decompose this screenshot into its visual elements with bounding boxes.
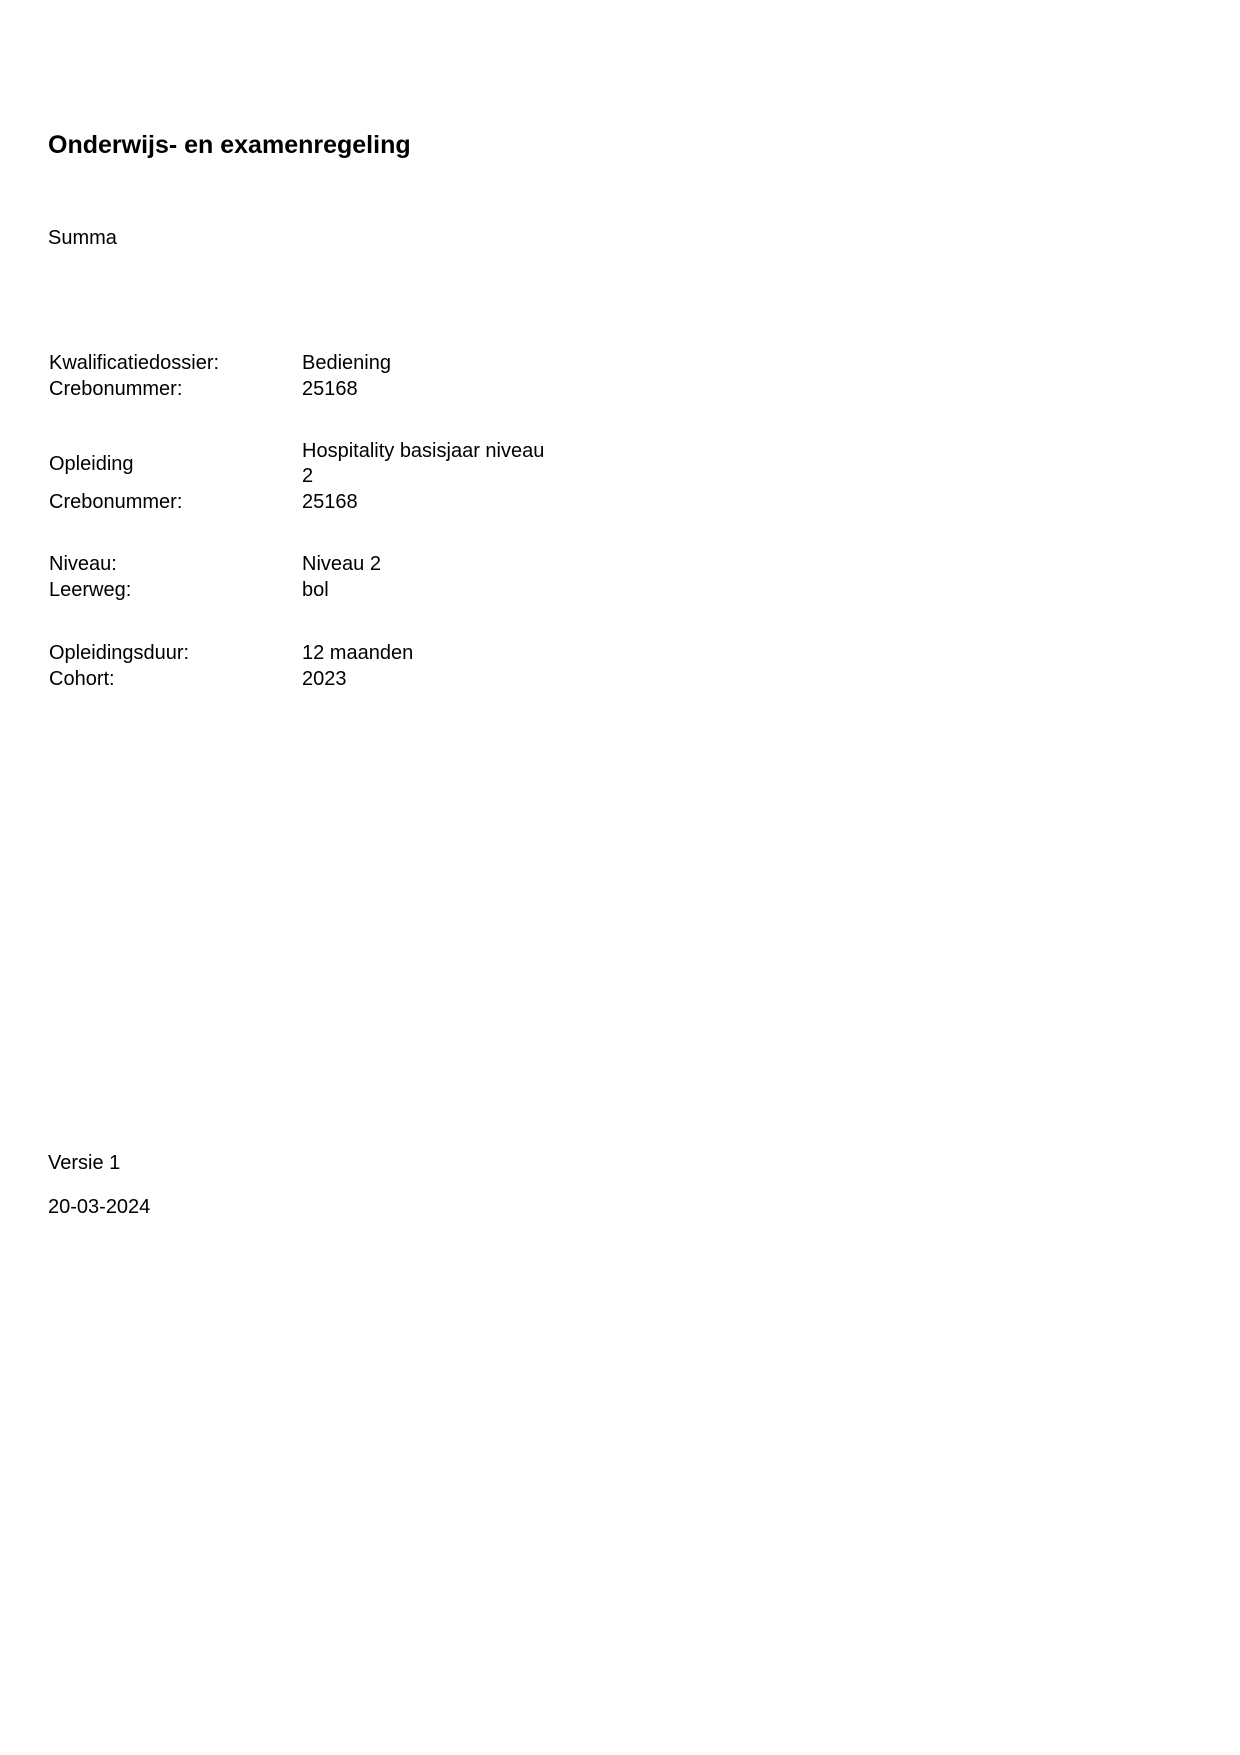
info-value: Hospitality basisjaar niveau 2: [302, 439, 552, 489]
info-value: bol: [302, 578, 552, 603]
document-version: Versie 1: [48, 1151, 120, 1175]
info-label: Opleiding: [49, 451, 302, 477]
info-row-opleiding: Opleiding Hospitality basisjaar niveau 2: [49, 439, 569, 489]
info-label: Leerweg:: [49, 577, 302, 603]
info-row-crebonummer: Crebonummer: 25168: [49, 376, 569, 402]
info-row-leerweg: Leerweg: bol: [49, 577, 569, 603]
info-label: Crebonummer:: [49, 376, 302, 402]
duration-group: Opleidingsduur: 12 maanden Cohort: 2023: [49, 640, 569, 692]
info-label: Niveau:: [49, 551, 302, 577]
info-row-crebonummer: Crebonummer: 25168: [49, 489, 569, 515]
info-row-opleidingsduur: Opleidingsduur: 12 maanden: [49, 640, 569, 666]
info-label: Opleidingsduur:: [49, 640, 302, 666]
document-title: Onderwijs- en examenregeling: [48, 130, 411, 160]
info-value: Niveau 2: [302, 552, 552, 577]
info-row-kwalificatiedossier: Kwalificatiedossier: Bediening: [49, 350, 569, 376]
education-group: Opleiding Hospitality basisjaar niveau 2…: [49, 439, 569, 515]
info-value: 25168: [302, 490, 552, 515]
info-value: 2023: [302, 667, 552, 692]
info-row-cohort: Cohort: 2023: [49, 666, 569, 692]
info-value: 25168: [302, 377, 552, 402]
info-label: Kwalificatiedossier:: [49, 350, 302, 376]
info-row-niveau: Niveau: Niveau 2: [49, 551, 569, 577]
qualification-dossier-group: Kwalificatiedossier: Bediening Crebonumm…: [49, 350, 569, 402]
info-label: Crebonummer:: [49, 489, 302, 515]
document-date: 20-03-2024: [48, 1195, 150, 1219]
info-value: Bediening: [302, 351, 552, 376]
organization-name: Summa: [48, 226, 117, 250]
info-label: Cohort:: [49, 666, 302, 692]
level-group: Niveau: Niveau 2 Leerweg: bol: [49, 551, 569, 603]
info-value: 12 maanden: [302, 641, 552, 666]
